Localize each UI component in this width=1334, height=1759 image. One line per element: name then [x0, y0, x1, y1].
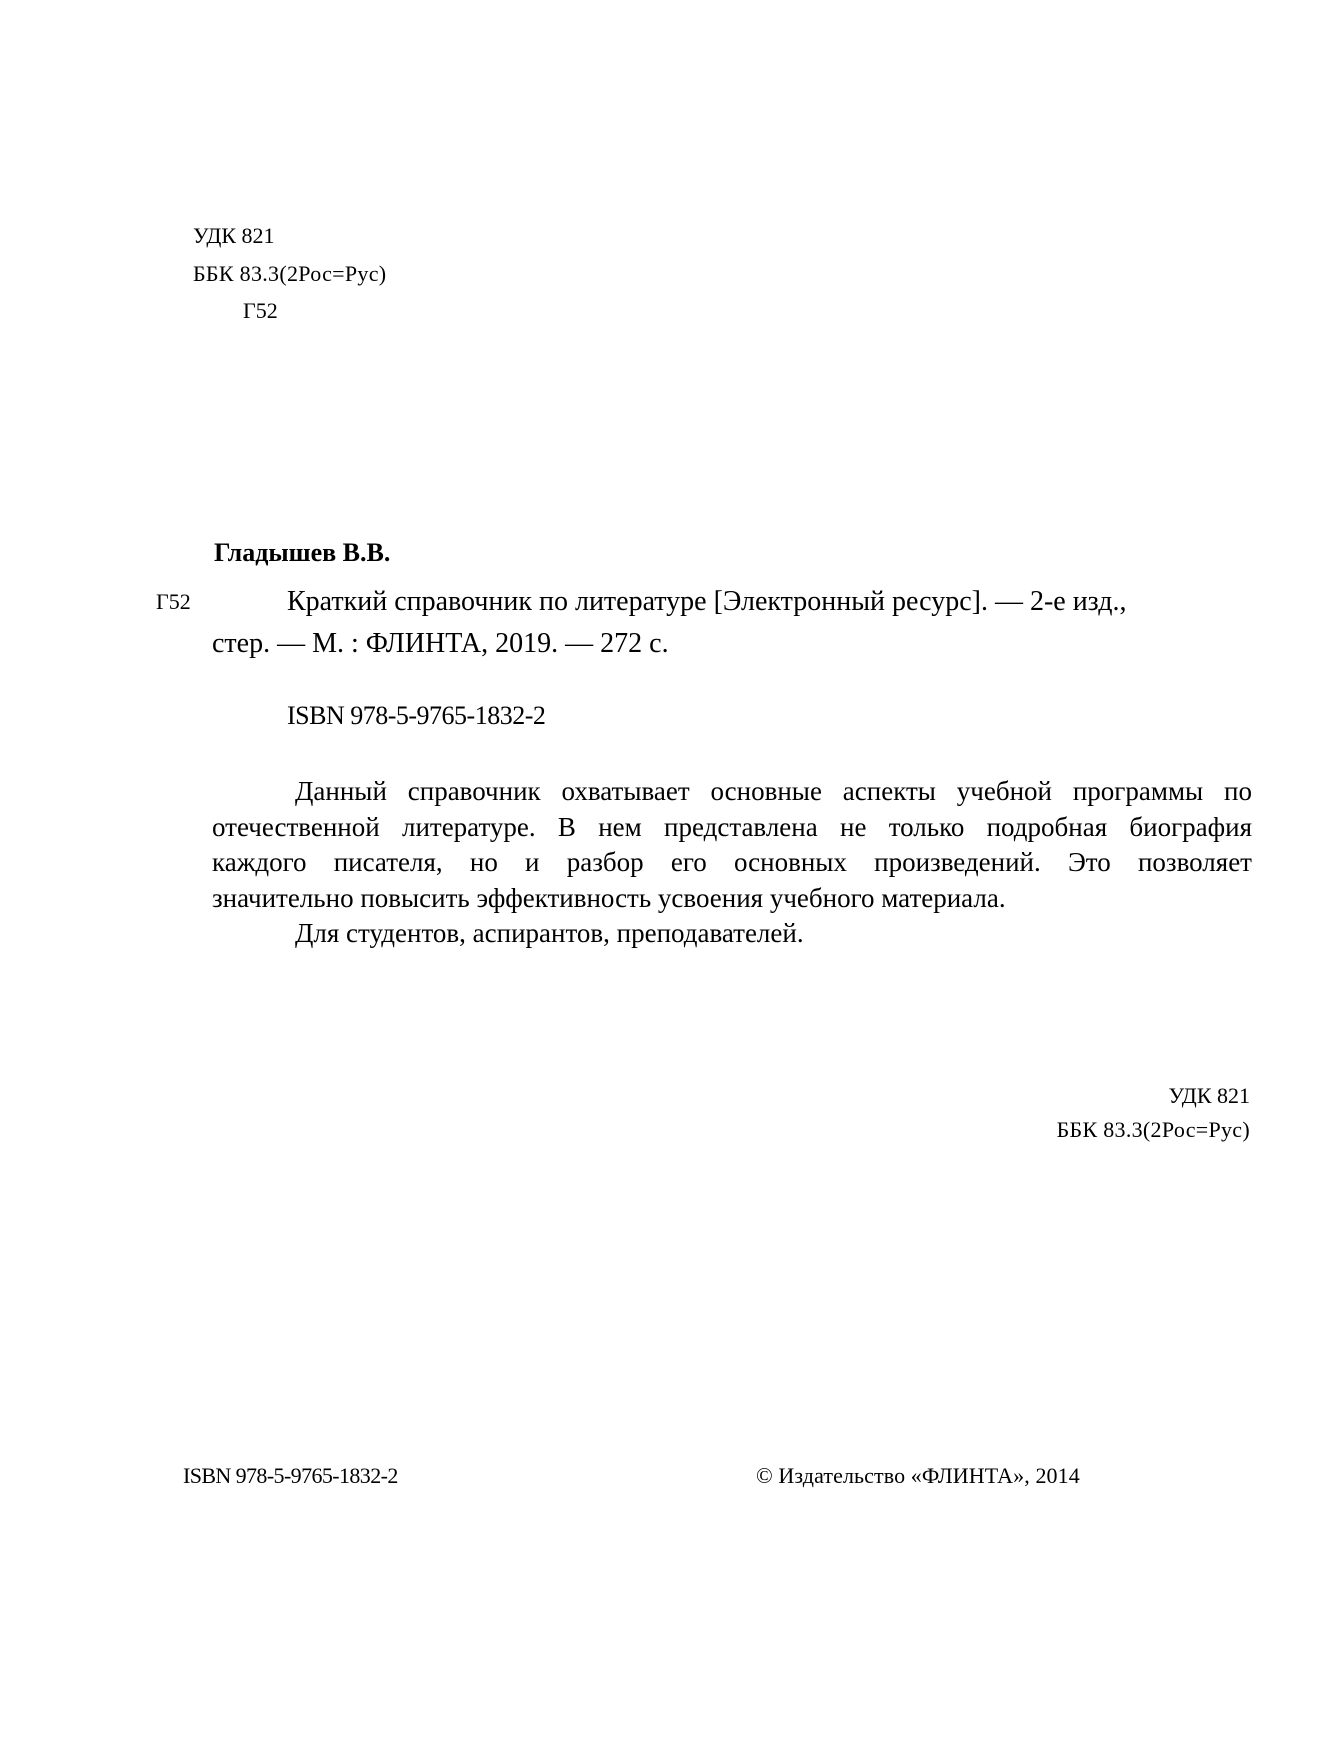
author-sign: Г52: [243, 297, 278, 325]
isbn: ISBN 978-5-9765-1832-2: [287, 700, 545, 732]
annotation-line: каждого писателя, но и разбор его основн…: [212, 845, 1252, 881]
annotation-line: значительно повысить эффективность усвое…: [212, 881, 1252, 917]
audience-note: Для студентов, аспирантов, преподавателе…: [212, 916, 1252, 952]
author-sign-side: Г52: [156, 587, 191, 617]
udk-code: УДК 821: [193, 222, 275, 250]
bbk-code: ББК 83.3(2Рос=Рус): [193, 260, 386, 288]
annotation: Данный справочник охватывает основные ас…: [212, 774, 1252, 952]
title-line-1: Краткий справочник по литературе [Электр…: [287, 585, 1126, 619]
annotation-line: отечественной литературе. В нем представ…: [212, 810, 1252, 846]
copyright-notice: © Издательство «ФЛИНТА», 2014: [756, 1462, 1080, 1490]
author-name: Гладышев В.В.: [214, 537, 390, 569]
udk-code-bottom: УДК 821: [1168, 1082, 1250, 1110]
bbk-code-bottom: ББК 83.3(2Рос=Рус): [1057, 1116, 1250, 1144]
title-line-2: стер. — М. : ФЛИНТА, 2019. — 272 с.: [212, 627, 669, 661]
footer-isbn: ISBN 978-5-9765-1832-2: [183, 1462, 398, 1490]
annotation-line: Данный справочник охватывает основные ас…: [212, 774, 1252, 810]
